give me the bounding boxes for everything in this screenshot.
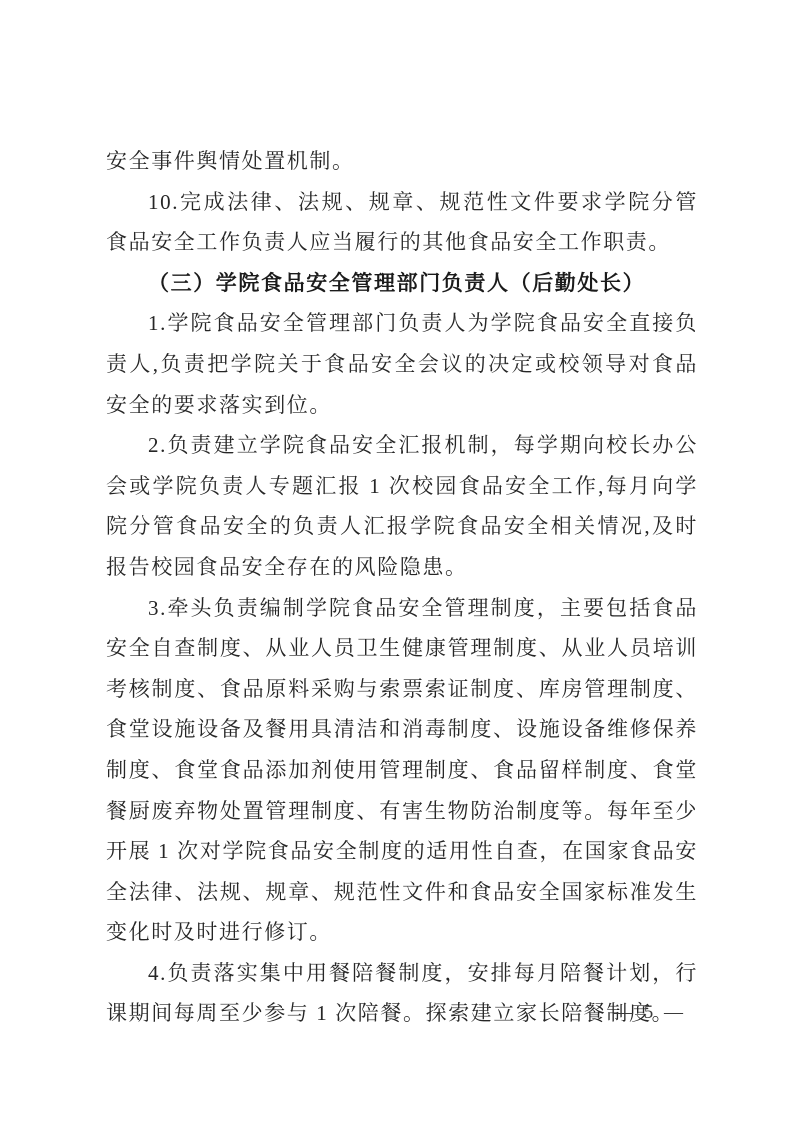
paragraph-item-10: 10.完成法律、法规、规章、规范性文件要求学院分管食品安全工作负责人应当履行的其… [106, 182, 698, 263]
paragraph-item-3: 3.牵头负责编制学院食品安全管理制度，主要包括食品安全自查制度、从业人员卫生健康… [106, 588, 698, 953]
page-number: — 5 — [560, 1002, 740, 1024]
paragraph-item-1: 1.学院食品安全管理部门负责人为学院食品安全直接负责人,负责把学院关于食品安全会… [106, 303, 698, 425]
paragraph-item-2: 2.负责建立学院食品安全汇报机制，每学期向校长办公会或学院负责人专题汇报 1 次… [106, 425, 698, 587]
document-body: 安全事件舆情处置机制。 10.完成法律、法规、规章、规范性文件要求学院分管食品安… [106, 141, 698, 1034]
section-heading: （三）学院食品安全管理部门负责人（后勤处长） [106, 263, 698, 304]
paragraph-continuation: 安全事件舆情处置机制。 [106, 141, 698, 182]
document-page: 安全事件舆情处置机制。 10.完成法律、法规、规章、规范性文件要求学院分管食品安… [0, 0, 800, 1131]
